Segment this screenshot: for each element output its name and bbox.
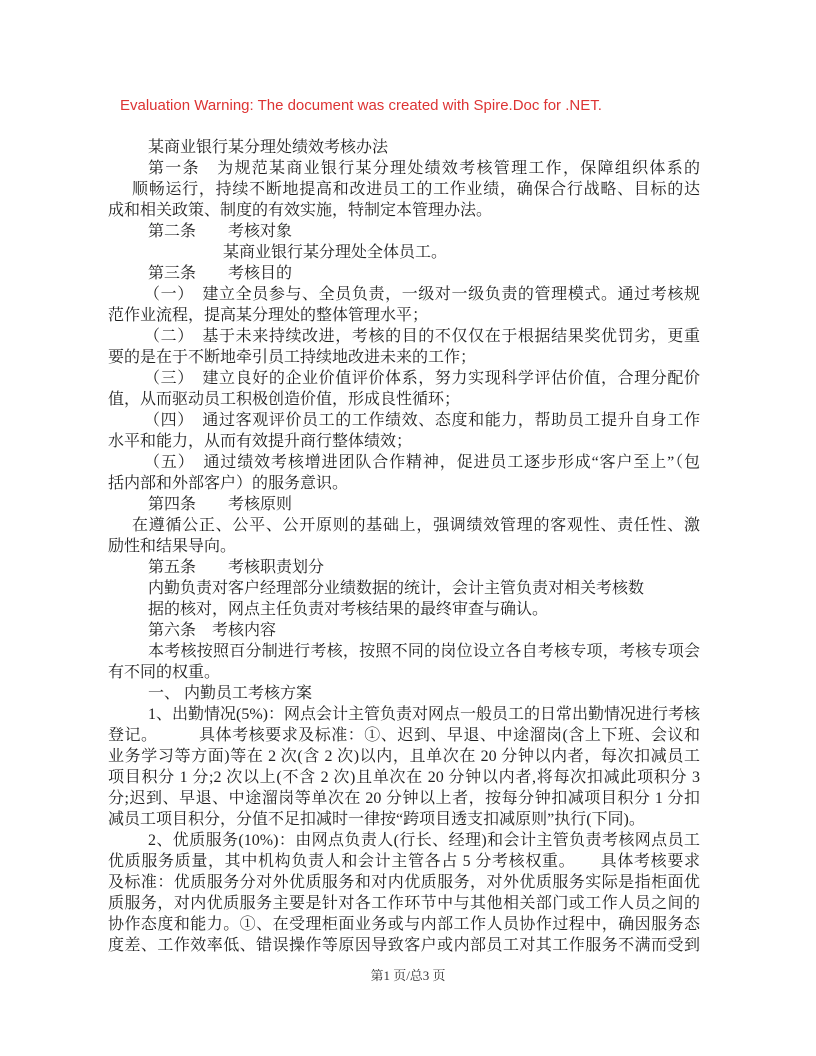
doc-line: （五） 通过绩效考核增进团队合作精神，促进员工逐步形成“客户至上”（包 <box>108 452 700 473</box>
document-body: 某商业银行某分理处绩效考核办法 第一条 为规范某商业银行某分理处绩效考核管理工作… <box>108 137 700 956</box>
doc-line: 本考核按照百分制进行考核，按照不同的岗位设立各自考核专项，考核专项会 <box>108 641 700 662</box>
doc-line: 第六条 考核内容 <box>108 620 700 641</box>
page-number: 第1 页/总3 页 <box>370 968 445 983</box>
doc-line: 第一条 为规范某商业银行某分理处绩效考核管理工作，保障组织体系的 <box>108 158 700 179</box>
doc-line: 励性和结果导向。 <box>108 536 700 557</box>
doc-line: 分;迟到、早退、中途溜岗等单次在 20 分钟以上者，按每分钟扣减项目积分 1 分… <box>108 788 700 809</box>
doc-line: 第五条 考核职责划分 <box>108 557 700 578</box>
doc-line: （四） 通过客观评价员工的工作绩效、态度和能力，帮助员工提升自身工作 <box>108 410 700 431</box>
document-page: Evaluation Warning: The document was cre… <box>0 0 816 1056</box>
doc-line: 有不同的权重。 <box>108 662 700 683</box>
doc-line: 项目积分 1 分;2 次以上(不含 2 次)且单次在 20 分钟以内者,将每次扣… <box>108 767 700 788</box>
doc-line: 第三条 考核目的 <box>108 263 700 284</box>
doc-line: （一） 建立全员参与、全员负责，一级对一级负责的管理模式。通过考核规 <box>108 284 700 305</box>
doc-line: 成和相关政策、制度的有效实施，特制定本管理办法。 <box>108 200 700 221</box>
doc-line: 值，从而驱动员工积极创造价值，形成良性循环； <box>108 389 700 410</box>
doc-line: 括内部和外部客户）的服务意识。 <box>108 473 700 494</box>
doc-line: （三） 建立良好的企业价值评价体系，努力实现科学评估价值，合理分配价 <box>108 368 700 389</box>
doc-line: 度差、工作效率低、错误操作等原因导致客户或内部员工对其工作服务不满而受到 <box>108 935 700 956</box>
doc-line: 第四条 考核原则 <box>108 494 700 515</box>
doc-line: 协作态度和能力。①、在受理柜面业务或与内部工作人员协作过程中，确因服务态 <box>108 914 700 935</box>
doc-line: 一、 内勤员工考核方案 <box>108 683 700 704</box>
doc-line: 登记。 具体考核要求及标准：①、迟到、早退、中途溜岗(含上下班、会议和 <box>108 725 700 746</box>
doc-line: 质服务，对内优质服务主要是针对各工作环节中与其他相关部门或工作人员之间的 <box>108 893 700 914</box>
doc-line: 范作业流程，提高某分理处的整体管理水平； <box>108 305 700 326</box>
doc-line: 内勤负责对客户经理部分业绩数据的统计，会计主管负责对相关考核数 <box>108 578 700 599</box>
doc-line: 减员工项目积分，分值不足扣减时一律按“跨项目透支扣减原则”执行(下同)。 <box>108 809 700 830</box>
doc-line: 1、出勤情况(5%)：网点会计主管负责对网点一般员工的日常出勤情况进行考核 <box>108 704 700 725</box>
doc-line: 业务学习等方面)等在 2 次(含 2 次)以内，且单次在 20 分钟以内者，每次… <box>108 746 700 767</box>
doc-line: 在遵循公正、公平、公开原则的基础上，强调绩效管理的客观性、责任性、激 <box>108 515 700 536</box>
doc-line: 据的核对，网点主任负责对考核结果的最终审查与确认。 <box>108 599 700 620</box>
doc-line: 水平和能力，从而有效提升商行整体绩效； <box>108 431 700 452</box>
doc-line: 某商业银行某分理处全体员工。 <box>108 242 700 263</box>
doc-line: 优质服务质量，其中机构负责人和会计主管各占 5 分考核权重。 具体考核要求 <box>108 851 700 872</box>
document-title: 某商业银行某分理处绩效考核办法 <box>108 137 700 158</box>
doc-line: （二） 基于未来持续改进，考核的目的不仅仅在于根据结果奖优罚劣，更重 <box>108 326 700 347</box>
page-footer: 第1 页/总3 页 <box>0 967 816 984</box>
doc-line: 顺畅运行，持续不断地提高和改进员工的工作业绩，确保合行战略、目标的达 <box>108 179 700 200</box>
doc-line: 2、优质服务(10%)：由网点负责人(行长、经理)和会计主管负责考核网点员工 <box>108 830 700 851</box>
evaluation-warning: Evaluation Warning: The document was cre… <box>120 96 602 115</box>
doc-line: 及标准：优质服务分对外优质服务和对内优质服务，对外优质服务实际是指柜面优 <box>108 872 700 893</box>
doc-line: 第二条 考核对象 <box>108 221 700 242</box>
doc-line: 要的是在于不断地牵引员工持续地改进未来的工作； <box>108 347 700 368</box>
